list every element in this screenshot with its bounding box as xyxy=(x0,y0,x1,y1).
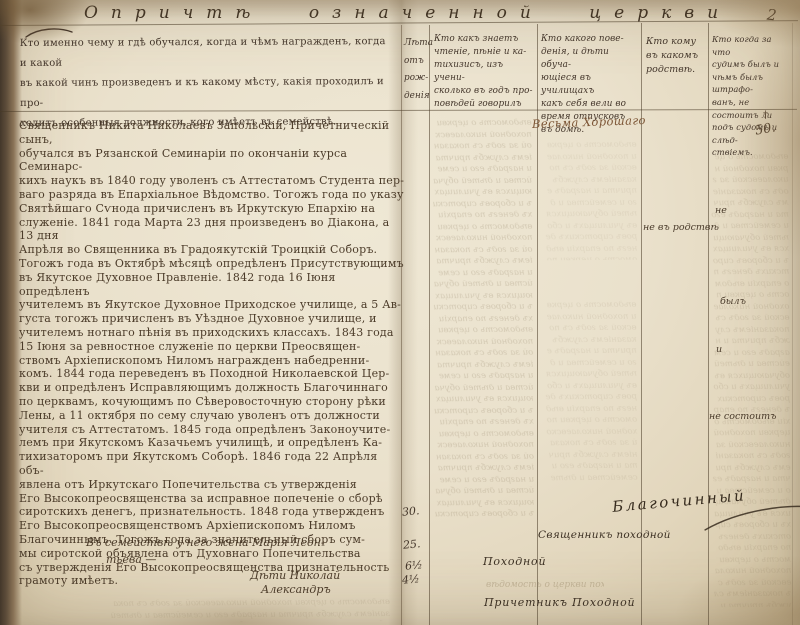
age-value: 25. xyxy=(402,537,421,551)
bleedthrough-text: вѣдомость о церкви походной николаевской… xyxy=(110,597,390,623)
column-header-judgment: Кто когда за что судимъ былъ и чѣмъ былъ… xyxy=(712,33,792,159)
faint-signature-line: вѣдомость о церкви походной николаевской… xyxy=(486,580,604,592)
bleedthrough-text: вѣдомость о церкви походной николаевской… xyxy=(544,300,637,481)
priest-signature-line-1: Священникъ походной xyxy=(538,529,671,541)
folio-cross-mark: † xyxy=(763,110,768,121)
judgment-entry: не состоитъ xyxy=(709,411,776,422)
spread-title: Опричтѣ означенной церкви xyxy=(84,3,731,23)
column-header-age: Лѣта отъ рож- денія xyxy=(404,35,430,105)
age-value: 4½ xyxy=(401,572,420,586)
clerk-signature: Причетникъ Походной xyxy=(484,596,635,609)
column-divider xyxy=(429,25,430,625)
bleedthrough-text: вѣдомость о церкви походной николаевской… xyxy=(710,152,791,608)
judgment-entry: не xyxy=(715,205,727,216)
bleedthrough-text: вѣдомость о церкви походной николаевской… xyxy=(545,140,638,261)
family-record-line-1: Въ семействѣ у него жена Марія Леон- xyxy=(86,536,325,549)
column-divider xyxy=(792,23,793,625)
age-value: 30. xyxy=(401,504,420,518)
children-line-1: Дѣти Николай xyxy=(250,569,340,582)
priest-signature-line-2: Походной xyxy=(483,555,546,568)
family-record-line-2: тьева — xyxy=(106,553,156,566)
judgment-entry: былъ xyxy=(720,296,746,307)
bleedthrough-text: вѣдомость о церкви походной николаевской… xyxy=(432,118,535,519)
column-header-kinship: Кто кому въ какомъ родствѣ. xyxy=(646,35,706,77)
kinship-entry: не въ родствѣ xyxy=(643,222,719,233)
document-scan: вѣдомость о церкви походной николаевской… xyxy=(0,0,800,625)
page-number: 2 xyxy=(766,6,777,25)
clergy-record-text: Священникъ Никита Николаевъ Запольскій, … xyxy=(19,119,405,588)
column-header-reading: Кто какъ знаетъ чтеніе, пѣніе и ка- тихи… xyxy=(434,33,535,111)
age-value: 6½ xyxy=(404,558,423,572)
children-line-2: Александръ xyxy=(261,583,331,596)
judgment-entry: и xyxy=(716,344,722,355)
